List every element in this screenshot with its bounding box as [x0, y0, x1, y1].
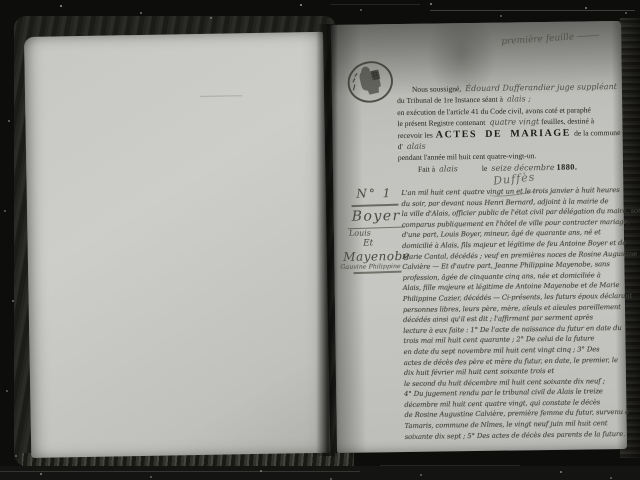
printed-text: recevoir les: [397, 130, 432, 139]
film-scratch: [0, 471, 360, 472]
printed-text: le: [482, 164, 488, 173]
printed-text: d': [398, 142, 403, 151]
film-scratch: [330, 4, 420, 5]
margin-underline: [353, 271, 401, 274]
groom-firstname: Louis: [349, 228, 371, 237]
paper-scratch: [200, 95, 242, 97]
scan-bottom-band: [0, 466, 640, 480]
printed-text: Nous soussigné,: [412, 84, 461, 94]
printed-text: pendant l'année mil huit cent quatre-vin…: [398, 152, 537, 163]
printed-text: de la commune: [574, 128, 621, 138]
margin-underline: [352, 204, 399, 207]
handwritten-text: quatre vingt: [489, 117, 539, 127]
right-page: première feuille Nous soussigné,Édouard …: [331, 21, 627, 453]
book-gutter: [316, 24, 338, 456]
groom-surname: Boyer: [352, 208, 401, 225]
bride-firstnames: Gauvine Philippine: [340, 263, 400, 271]
film-dust-specks: [0, 0, 2, 2]
register-header: Nous soussigné,Édouard Dufferandier juge…: [397, 81, 628, 175]
act-body-handwritten: L'an mil huit cent quatre vingt un et le…: [401, 185, 627, 442]
act-number: N° 1: [356, 186, 392, 201]
conjunction: Et: [363, 238, 373, 248]
microfilm-scan: première feuille Nous soussigné,Édouard …: [0, 0, 640, 480]
official-seal-icon: [339, 53, 401, 111]
printed-text: feuilles, destiné à: [541, 117, 594, 127]
handwritten-text: Édouard Dufferandier juge suppléant: [465, 82, 617, 93]
film-scratch: [430, 10, 635, 11]
handwritten-place: alais: [439, 164, 458, 173]
judge-signature: Duffès: [493, 170, 536, 187]
handwritten-text: alais ;: [507, 95, 531, 104]
printed-text: Fait à: [418, 164, 435, 173]
printed-year: 1880.: [556, 162, 577, 171]
handwritten-text: alais: [407, 142, 426, 151]
register-title: ACTES DE MARIAGE: [436, 127, 571, 140]
act-line: soixante dix sept ; 5° Des actes de décè…: [405, 429, 627, 443]
printed-text: le présent Registre contenant: [397, 118, 485, 128]
film-scratch: [380, 465, 520, 466]
printed-text: du Tribunal de 1re Instance séant à: [397, 95, 503, 105]
left-page-blank: [24, 32, 330, 458]
bride-surname: Mayenobe: [343, 249, 410, 264]
